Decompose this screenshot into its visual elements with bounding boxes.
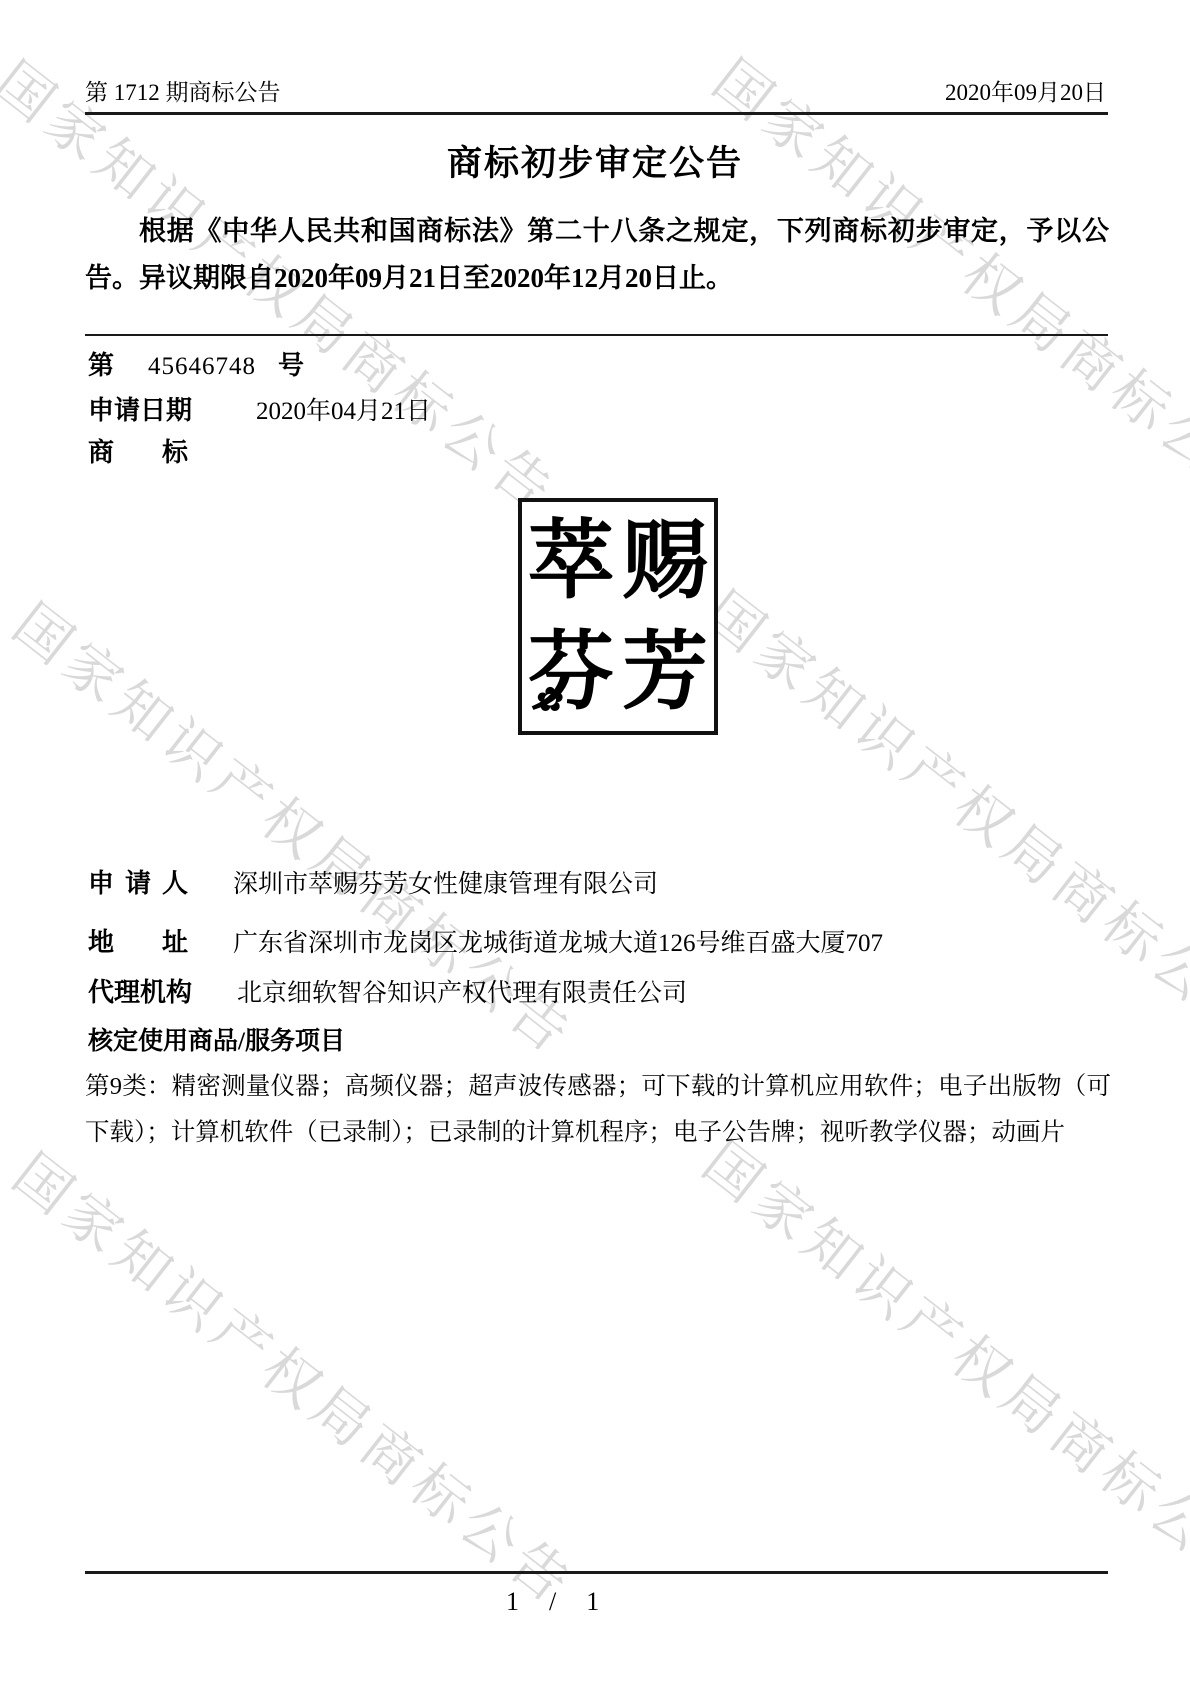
application-date-label: 申请日期 xyxy=(88,390,192,427)
trademark-label-row: 商标 xyxy=(88,432,188,469)
seal-char-fang: 芳 xyxy=(622,629,708,715)
applicant-value: 深圳市萃赐芬芳女性健康管理有限公司 xyxy=(233,864,658,900)
rose-icon: ✿ xyxy=(536,683,565,717)
registration-number: 45646748 xyxy=(148,353,256,381)
application-date-value: 2020年04月21日 xyxy=(256,391,431,427)
footer-divider xyxy=(85,1571,1108,1574)
applicant-label: 申请人 xyxy=(88,863,188,900)
agency-row: 代理机构 北京细软智谷知识产权代理有限责任公司 xyxy=(88,972,687,1009)
gazette-page: 国家知识产权局商标公告 国家知识产权局商标公告 国家知识产权局商标公告 国家知识… xyxy=(0,0,1190,1684)
record-divider xyxy=(85,334,1108,336)
address-value: 广东省深圳市龙岗区龙城街道龙城大道126号维百盛大厦707 xyxy=(233,923,883,959)
trademark-image: 萃 赐 芬 芳 ✿ xyxy=(518,498,718,735)
agency-value: 北京细软智谷知识产权代理有限责任公司 xyxy=(237,973,687,1009)
page-pagination: 1 / 1 xyxy=(506,1587,599,1617)
gazette-issue-label: 第 1712 期商标公告 xyxy=(85,74,281,107)
goods-list: 第9类：精密测量仪器；高频仪器；超声波传感器；可下载的计算机应用软件；电子出版物… xyxy=(85,1064,1111,1156)
current-page: 1 xyxy=(506,1587,519,1617)
goods-heading: 核定使用商品/服务项目 xyxy=(88,1021,345,1057)
address-row: 地址 广东省深圳市龙岗区龙城街道龙城大道126号维百盛大厦707 xyxy=(88,922,883,959)
announcement-intro: 根据《中华人民共和国商标法》第二十八条之规定，下列商标初步审定，予以公告。异议期… xyxy=(85,208,1109,302)
trademark-label: 商标 xyxy=(88,432,188,469)
seal-char-ci: 赐 xyxy=(622,518,708,604)
applicant-row: 申请人 深圳市萃赐芬芳女性健康管理有限公司 xyxy=(88,863,658,900)
number-prefix: 第 xyxy=(88,345,114,382)
page-separator: / xyxy=(549,1587,556,1617)
agency-label: 代理机构 xyxy=(88,972,192,1009)
seal-char-cui: 萃 xyxy=(528,518,614,604)
header-divider xyxy=(85,112,1108,115)
page-title: 商标初步审定公告 xyxy=(0,136,1190,186)
registration-number-row: 第 45646748 号 xyxy=(88,345,304,382)
application-date-row: 申请日期 2020年04月21日 xyxy=(88,390,431,427)
number-suffix: 号 xyxy=(278,345,304,382)
gazette-date: 2020年09月20日 xyxy=(945,74,1106,107)
address-label: 地址 xyxy=(88,922,188,959)
total-pages: 1 xyxy=(586,1587,599,1617)
